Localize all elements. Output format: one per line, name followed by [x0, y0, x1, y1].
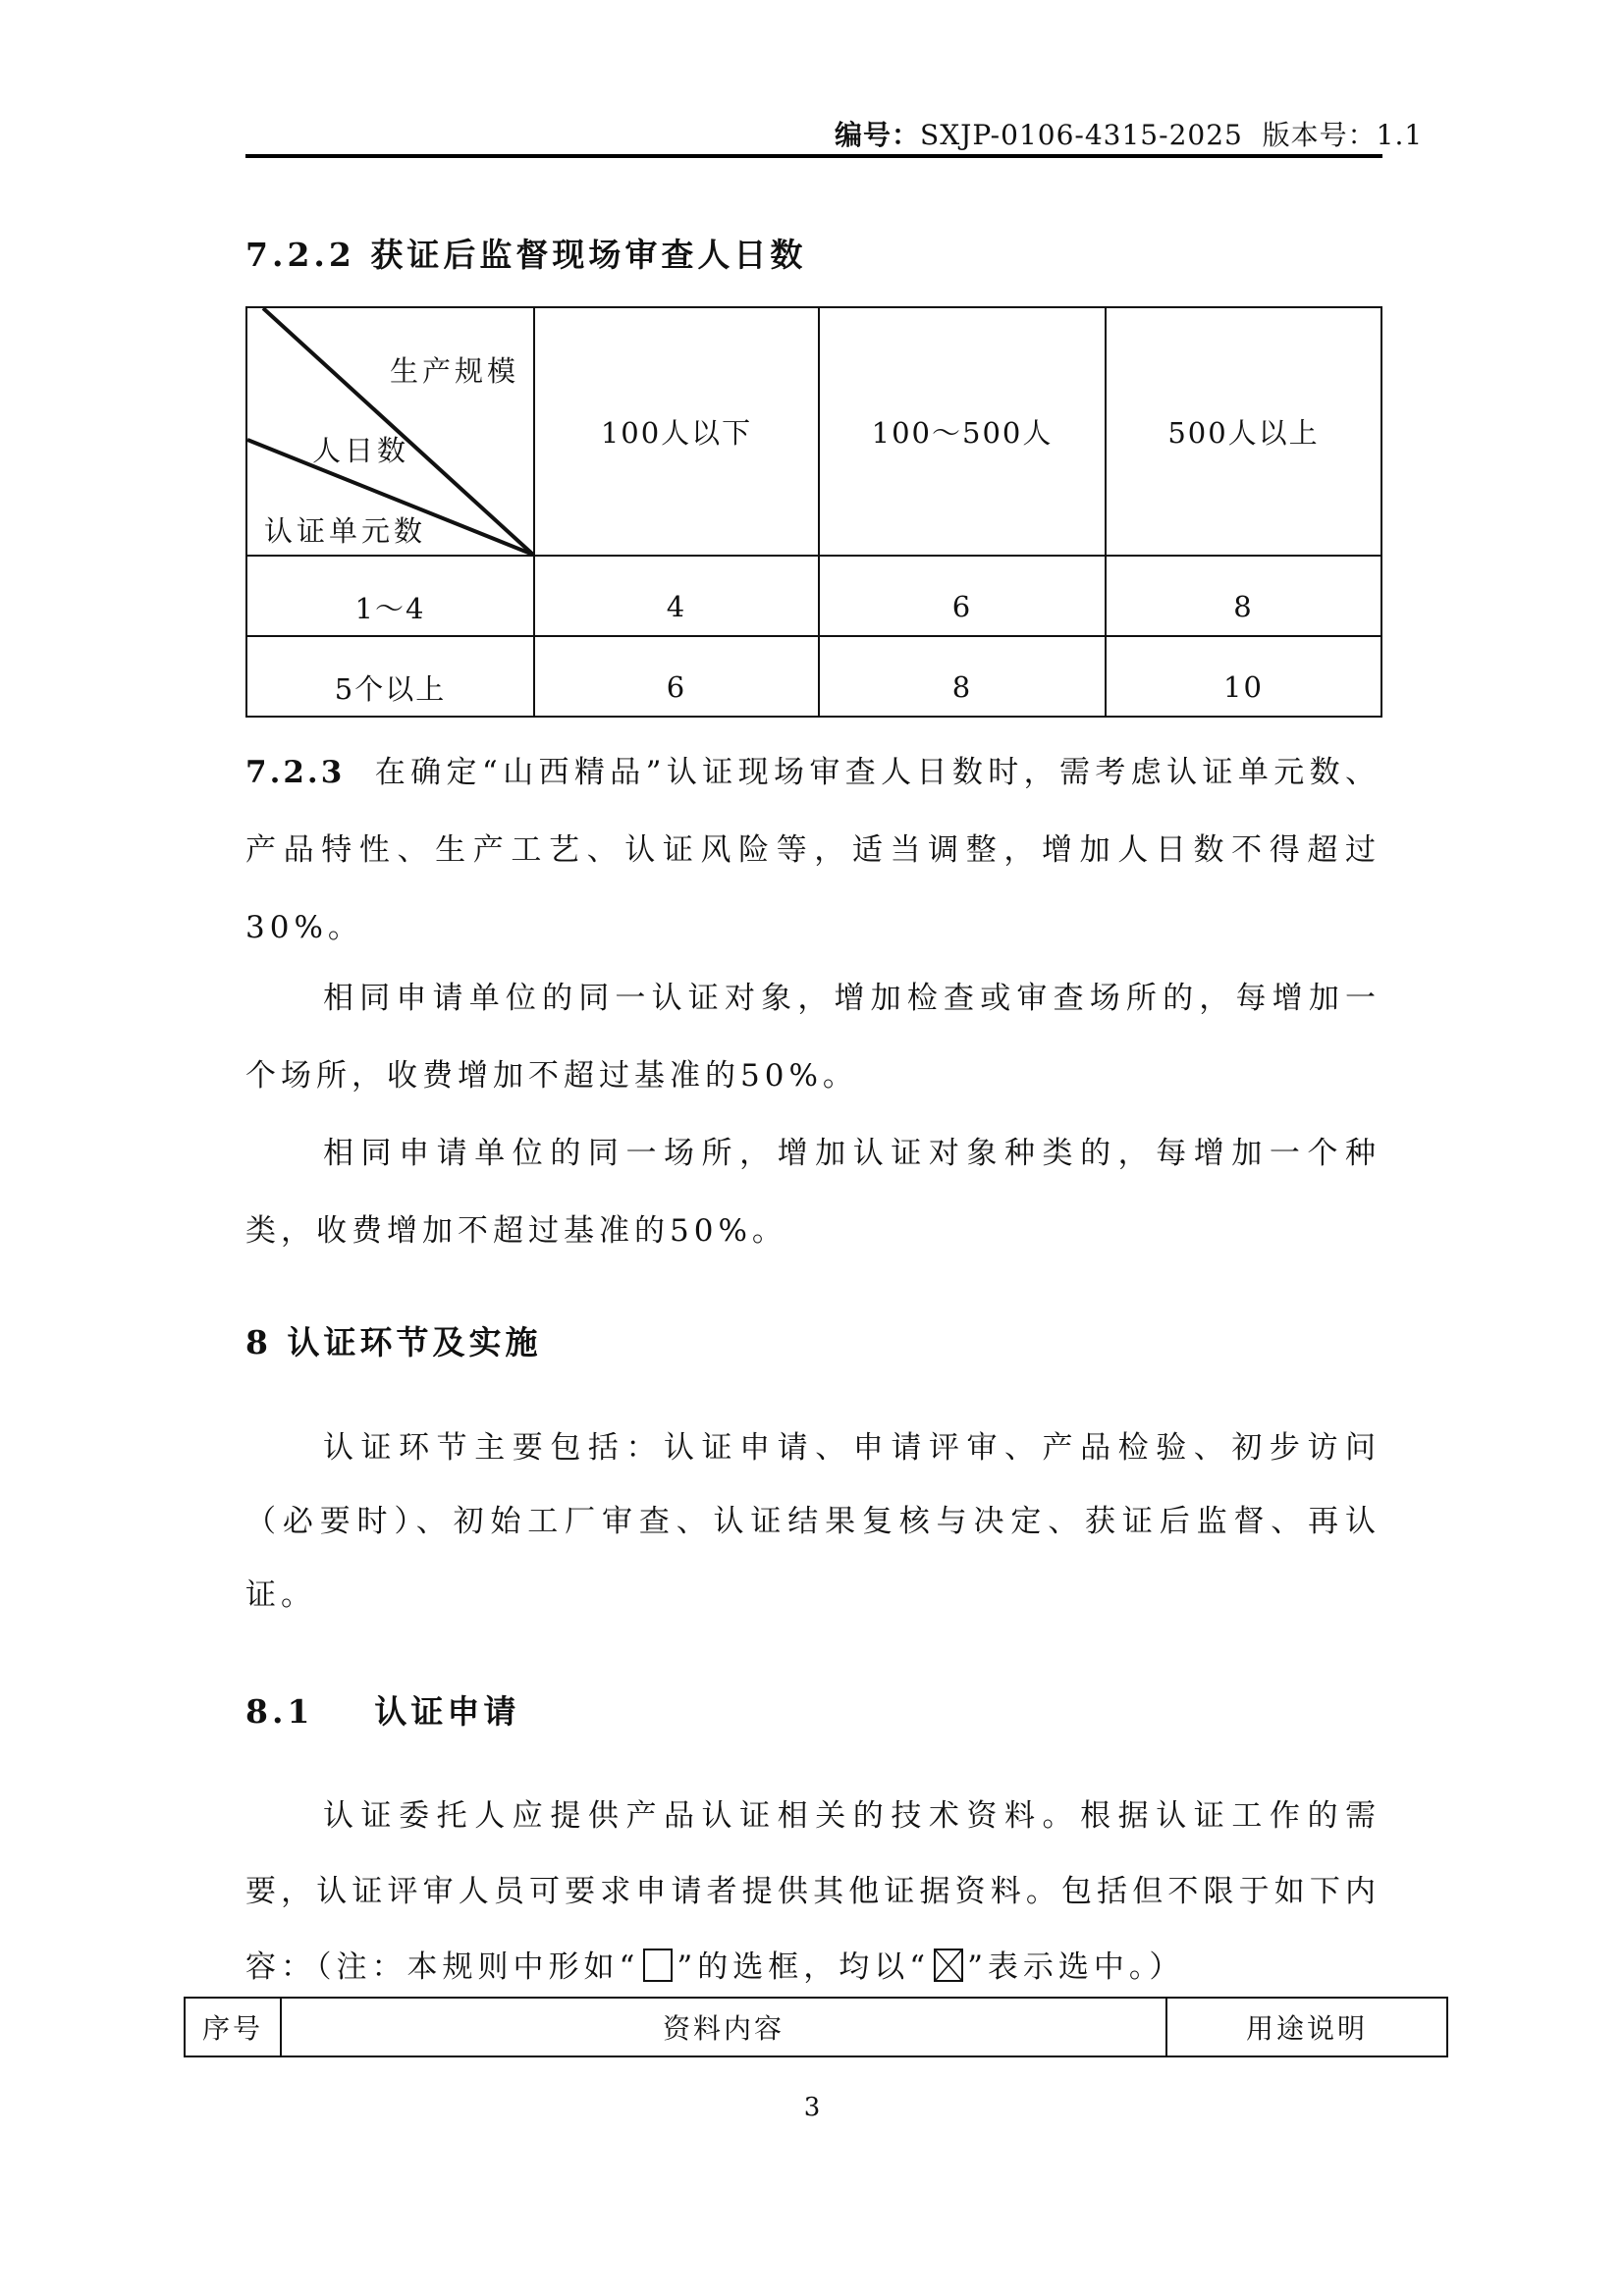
paragraph-text: 在确定“山西精品”认证现场审查人日数时，需考虑认证单元数、产品特性、生产工艺、认… — [245, 755, 1380, 945]
section-heading-7-2-2: 7.2.2 获证后监督现场审查人日数 — [245, 230, 806, 276]
section-number: 8.1 — [245, 1692, 313, 1731]
version-value: 1.1 — [1377, 119, 1424, 151]
table-cell: 8 — [1106, 556, 1381, 636]
doc-code-label: 编号： — [835, 119, 920, 151]
header-rule — [245, 154, 1382, 158]
column-header-content: 资料内容 — [281, 1998, 1166, 2056]
column-header: 100人以下 — [534, 307, 819, 556]
audit-mandays-table: 生产规模 人日数 认证单元数 100人以下 100～500人 500人以上 1～… — [245, 306, 1382, 718]
paragraph: 相同申请单位的同一场所，增加认证对象种类的，每增加一个种类，收费增加不超过基准的… — [245, 1115, 1380, 1270]
paragraph: 相同申请单位的同一认证对象，增加检查或审查场所的，每增加一个场所，收费增加不超过… — [245, 960, 1380, 1115]
corner-label-units: 认证单元数 — [264, 509, 426, 550]
table-cell: 6 — [819, 556, 1106, 636]
column-header: 100～500人 — [819, 307, 1106, 556]
table-cell: 6 — [534, 636, 819, 717]
corner-label-mandays: 人日数 — [312, 429, 409, 469]
column-header-purpose: 用途说明 — [1166, 1998, 1447, 2056]
paragraph: 认证环节主要包括：认证申请、申请评审、产品检验、初步访问（必要时）、初始工厂审查… — [245, 1412, 1380, 1632]
row-label: 1～4 — [246, 556, 534, 636]
materials-table: 序号 资料内容 用途说明 — [184, 1997, 1448, 2057]
column-header: 500人以上 — [1106, 307, 1381, 556]
checked-checkbox-icon — [934, 1949, 963, 1982]
table-cell: 4 — [534, 556, 819, 636]
page-number: 3 — [0, 2093, 1624, 2122]
paragraph-text: ”表示选中。） — [967, 1949, 1184, 1985]
paragraph-text: ”的选框，均以“ — [677, 1949, 930, 1985]
table-row: 5个以上 6 8 10 — [246, 636, 1381, 717]
paragraph: 认证委托人应提供产品认证相关的技术资料。根据认证工作的需要，认证评审人员可要求申… — [245, 1779, 1380, 2005]
row-label: 5个以上 — [246, 636, 534, 717]
table-header-row: 序号 资料内容 用途说明 — [185, 1998, 1447, 2056]
section-title: 认证申请 — [374, 1692, 519, 1731]
section-heading-8: 8 认证环节及实施 — [245, 1317, 541, 1363]
clause-number: 7.2.3 — [245, 755, 345, 790]
table-cell: 8 — [819, 636, 1106, 717]
column-header-index: 序号 — [185, 1998, 281, 2056]
table-cell: 10 — [1106, 636, 1381, 717]
diagonal-header-cell: 生产规模 人日数 认证单元数 — [246, 307, 534, 556]
version-label: 版本号： — [1263, 119, 1377, 151]
table-header-row: 生产规模 人日数 认证单元数 100人以下 100～500人 500人以上 — [246, 307, 1381, 556]
empty-checkbox-icon — [643, 1949, 673, 1982]
table-row: 1～4 4 6 8 — [246, 556, 1381, 636]
paragraph-7-2-3: 7.2.3 在确定“山西精品”认证现场审查人日数时，需考虑认证单元数、产品特性、… — [245, 734, 1380, 967]
corner-label-scale: 生产规模 — [390, 349, 519, 390]
doc-code-value: SXJP-0106-4315-2025 — [920, 119, 1243, 151]
section-heading-8-1: 8.1 认证申请 — [245, 1686, 519, 1733]
document-header: 编号：SXJP-0106-4315-2025 版本号：1.1 — [835, 114, 1423, 153]
